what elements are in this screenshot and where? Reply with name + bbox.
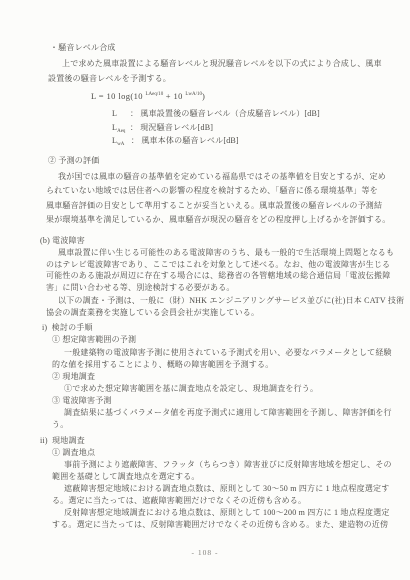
page-number: - 108 - bbox=[0, 548, 410, 557]
para-survey-points-line1: 事前予測により遮蔽障害、フラッタ（ちらつき）障害並びに反射障害地域を想定し、その bbox=[64, 460, 392, 470]
para-radio-intro-line2: のはテレビ電波障害であり、ここではこれを対象として述べる。なお、他の電波障害が生… bbox=[46, 260, 390, 270]
para-site-survey-line1: ①で求めた想定障害範囲を基に調査地点を設定し、現地調査を行う。 bbox=[64, 384, 318, 394]
definition-LwA: LwA ： 風車本体の騒音レベル[dB] bbox=[112, 136, 239, 147]
item-expected-range-prediction: ① 想定障害範囲の予測 bbox=[52, 335, 136, 345]
para-reflection-line1: 反射障害想定地域調査における地点数は、原則として 100～200 m 四方に 1… bbox=[64, 508, 390, 518]
para-noise-synthesis-line2: 設置後の騒音レベルを予測する。 bbox=[48, 74, 171, 84]
para-radio-intro-line1: 風車設置に伴い生じる可能性のある電波障害のうち、最も一般的で生活環境上問題となる… bbox=[58, 248, 394, 258]
heading-study-procedure: i) 検討の手順 bbox=[42, 323, 93, 333]
item-interference-prediction: ③ 電波障害予測 bbox=[52, 396, 112, 406]
document-page: - 108 - ・騒音レベル合成上で求めた風車設置による騒音レベルと現況騒音レベ… bbox=[0, 0, 410, 580]
para-radio-intro-line3: 可能性のある施設が周辺に存在する場合には、総務省の各管轄地域の総合通信局「電波伝… bbox=[46, 271, 390, 281]
heading-prediction-evaluation: ② 予測の評価 bbox=[48, 156, 99, 166]
heading-noise-level-synthesis: ・騒音レベル合成 bbox=[50, 43, 116, 53]
heading-radio-interference: (b) 電波障害 bbox=[40, 236, 85, 246]
heading-site-survey-section: ii) 現地調査 bbox=[40, 436, 85, 446]
para-survey-org-line1: 以下の調査・予測は、一般に（財）NHK エンジニアリングサービス並びに(社)日本… bbox=[58, 296, 404, 306]
para-expected-range-line2: 的な値を採用することにより、概略の障害範囲を予測する。 bbox=[52, 360, 273, 370]
para-shielding-line2: る。選定に当たっては、遮蔽障害範囲だけでなくその近傍も含める。 bbox=[52, 496, 306, 506]
definition-L: L ： 風車設置後の騒音レベル（合成騒音レベル）[dB] bbox=[112, 109, 320, 119]
para-survey-points-line2: 範囲を基礎として調査地点を選定する。 bbox=[52, 472, 200, 482]
para-evaluation-line3: 風車騒音評価の目安として準用することが妥当といえる。風車設置後の騒音レベルの予測… bbox=[46, 201, 382, 211]
item-site-survey: ② 現地調査 bbox=[52, 372, 95, 382]
para-radio-intro-line4: 害」に問い合わせる等、別途検討する必要がある。 bbox=[46, 283, 235, 293]
para-evaluation-line1: 我が国では風車の騒音の基準値を定めている福島県ではその基準値を目安とするが、定め bbox=[58, 172, 386, 182]
para-evaluation-line4: 果が環境基準を満足しているか、風車騒音が現況の騒音をどの程度押し上げるかを評価す… bbox=[46, 215, 390, 225]
para-shielding-line1: 遮蔽障害想定地域における調査地点数は、原則として 30～50 m 四方に 1 地… bbox=[64, 484, 389, 494]
para-reflection-line2: する。選定に当たっては、反射障害範囲だけでなくその近傍も含める。また、建造物の近… bbox=[52, 520, 388, 530]
formula-combined-noise-level: L = 10 log(10 LAeq/10 + 10 LwA/10) bbox=[91, 91, 205, 101]
para-interference-prediction-line1: 調査結果に基づくパラメータ値を再度予測式に適用して障害範囲を予測し、障害評価を行 bbox=[64, 408, 392, 418]
para-expected-range-line1: 一般建築物の電波障害予測に使用されている予測式を用い、必要なパラメータとして経験 bbox=[64, 348, 392, 358]
para-evaluation-line2: られていない地域では居住者への影響の程度を検討するため、「騒音に係る環境基準」等… bbox=[46, 186, 378, 196]
para-survey-org-line2: 協会の調査業務を実施している会員会社が実施している。 bbox=[46, 308, 259, 318]
definition-LAeq: LAeq ： 現況騒音レベル[dB] bbox=[112, 123, 213, 134]
item-survey-points: ① 調査地点 bbox=[52, 448, 95, 458]
para-interference-prediction-line2: う。 bbox=[52, 420, 68, 430]
para-noise-synthesis-line1: 上で求めた風車設置による騒音レベルと現況騒音レベルを以下の式により合成し、風車 bbox=[62, 59, 382, 69]
